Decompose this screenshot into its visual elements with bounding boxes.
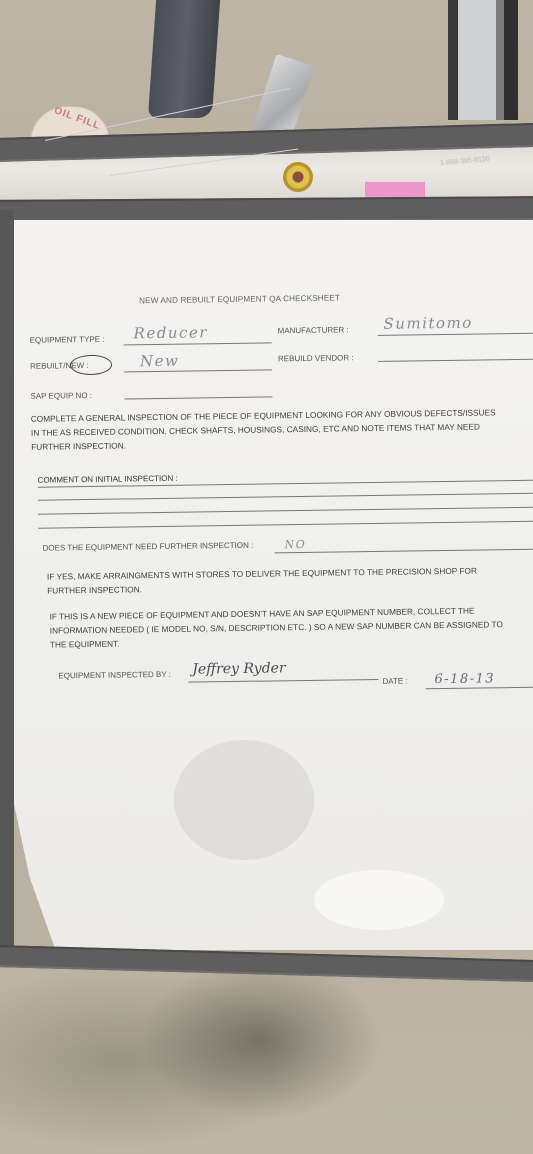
pink-tag: [365, 182, 425, 198]
further-inspection-line: [275, 549, 533, 554]
comment-line: [38, 507, 533, 515]
rebuild-vendor-line: [378, 359, 533, 362]
equipment-type-line: [124, 342, 272, 345]
further-inspection-label: DOES THE EQUIPMENT NEED FURTHER INSPECTI…: [43, 541, 254, 553]
sap-equip-no-line: [125, 396, 273, 399]
note-if-yes: IF YES, MAKE ARRAINGMENTS WITH STORES TO…: [47, 564, 477, 598]
sleeve-band-left: [0, 210, 14, 955]
rebuilt-new-label: REBUILT/NEW :: [30, 361, 89, 371]
grommet-icon: [283, 162, 313, 192]
comment-line: [38, 493, 533, 501]
comment-line: [38, 521, 533, 529]
sap-equip-no-label: SAP EQUIP NO :: [30, 391, 92, 401]
instructions-text: COMPLETE A GENERAL INSPECTION OF THE PIE…: [31, 405, 496, 453]
rebuilt-new-value: New: [140, 352, 180, 371]
date-label: DATE :: [382, 677, 407, 686]
smudge: [174, 740, 314, 860]
equipment-type-value: Reducer: [133, 323, 208, 342]
rebuild-vendor-label: REBUILD VENDOR :: [278, 353, 354, 363]
manufacturer-label: MANUFACTURER :: [278, 325, 349, 335]
note-new-equipment: IF THIS IS A NEW PIECE OF EQUIPMENT AND …: [49, 603, 503, 651]
manufacturer-line: [378, 333, 533, 336]
smudge: [314, 870, 444, 930]
inspected-by-label: EQUIPMENT INSPECTED BY :: [58, 670, 171, 681]
inspected-by-line: [188, 679, 378, 683]
strap: [148, 0, 220, 118]
equipment-type-label: EQUIPMENT TYPE :: [30, 335, 105, 345]
date-line: [426, 687, 533, 690]
further-inspection-value: NO: [284, 538, 306, 551]
date-value: 6-18-13: [434, 671, 495, 687]
manufacturer-value: Sumitomo: [383, 314, 473, 333]
metal-rail: [448, 0, 518, 120]
qa-checksheet: NEW AND REBUILT EQUIPMENT QA CHECKSHEET …: [14, 213, 533, 720]
comment-label: COMMENT ON INITIAL INSPECTION :: [38, 474, 178, 485]
form-title: NEW AND REBUILT EQUIPMENT QA CHECKSHEET: [139, 293, 340, 305]
inspector-signature: Jeffrey Ryder: [192, 660, 286, 677]
